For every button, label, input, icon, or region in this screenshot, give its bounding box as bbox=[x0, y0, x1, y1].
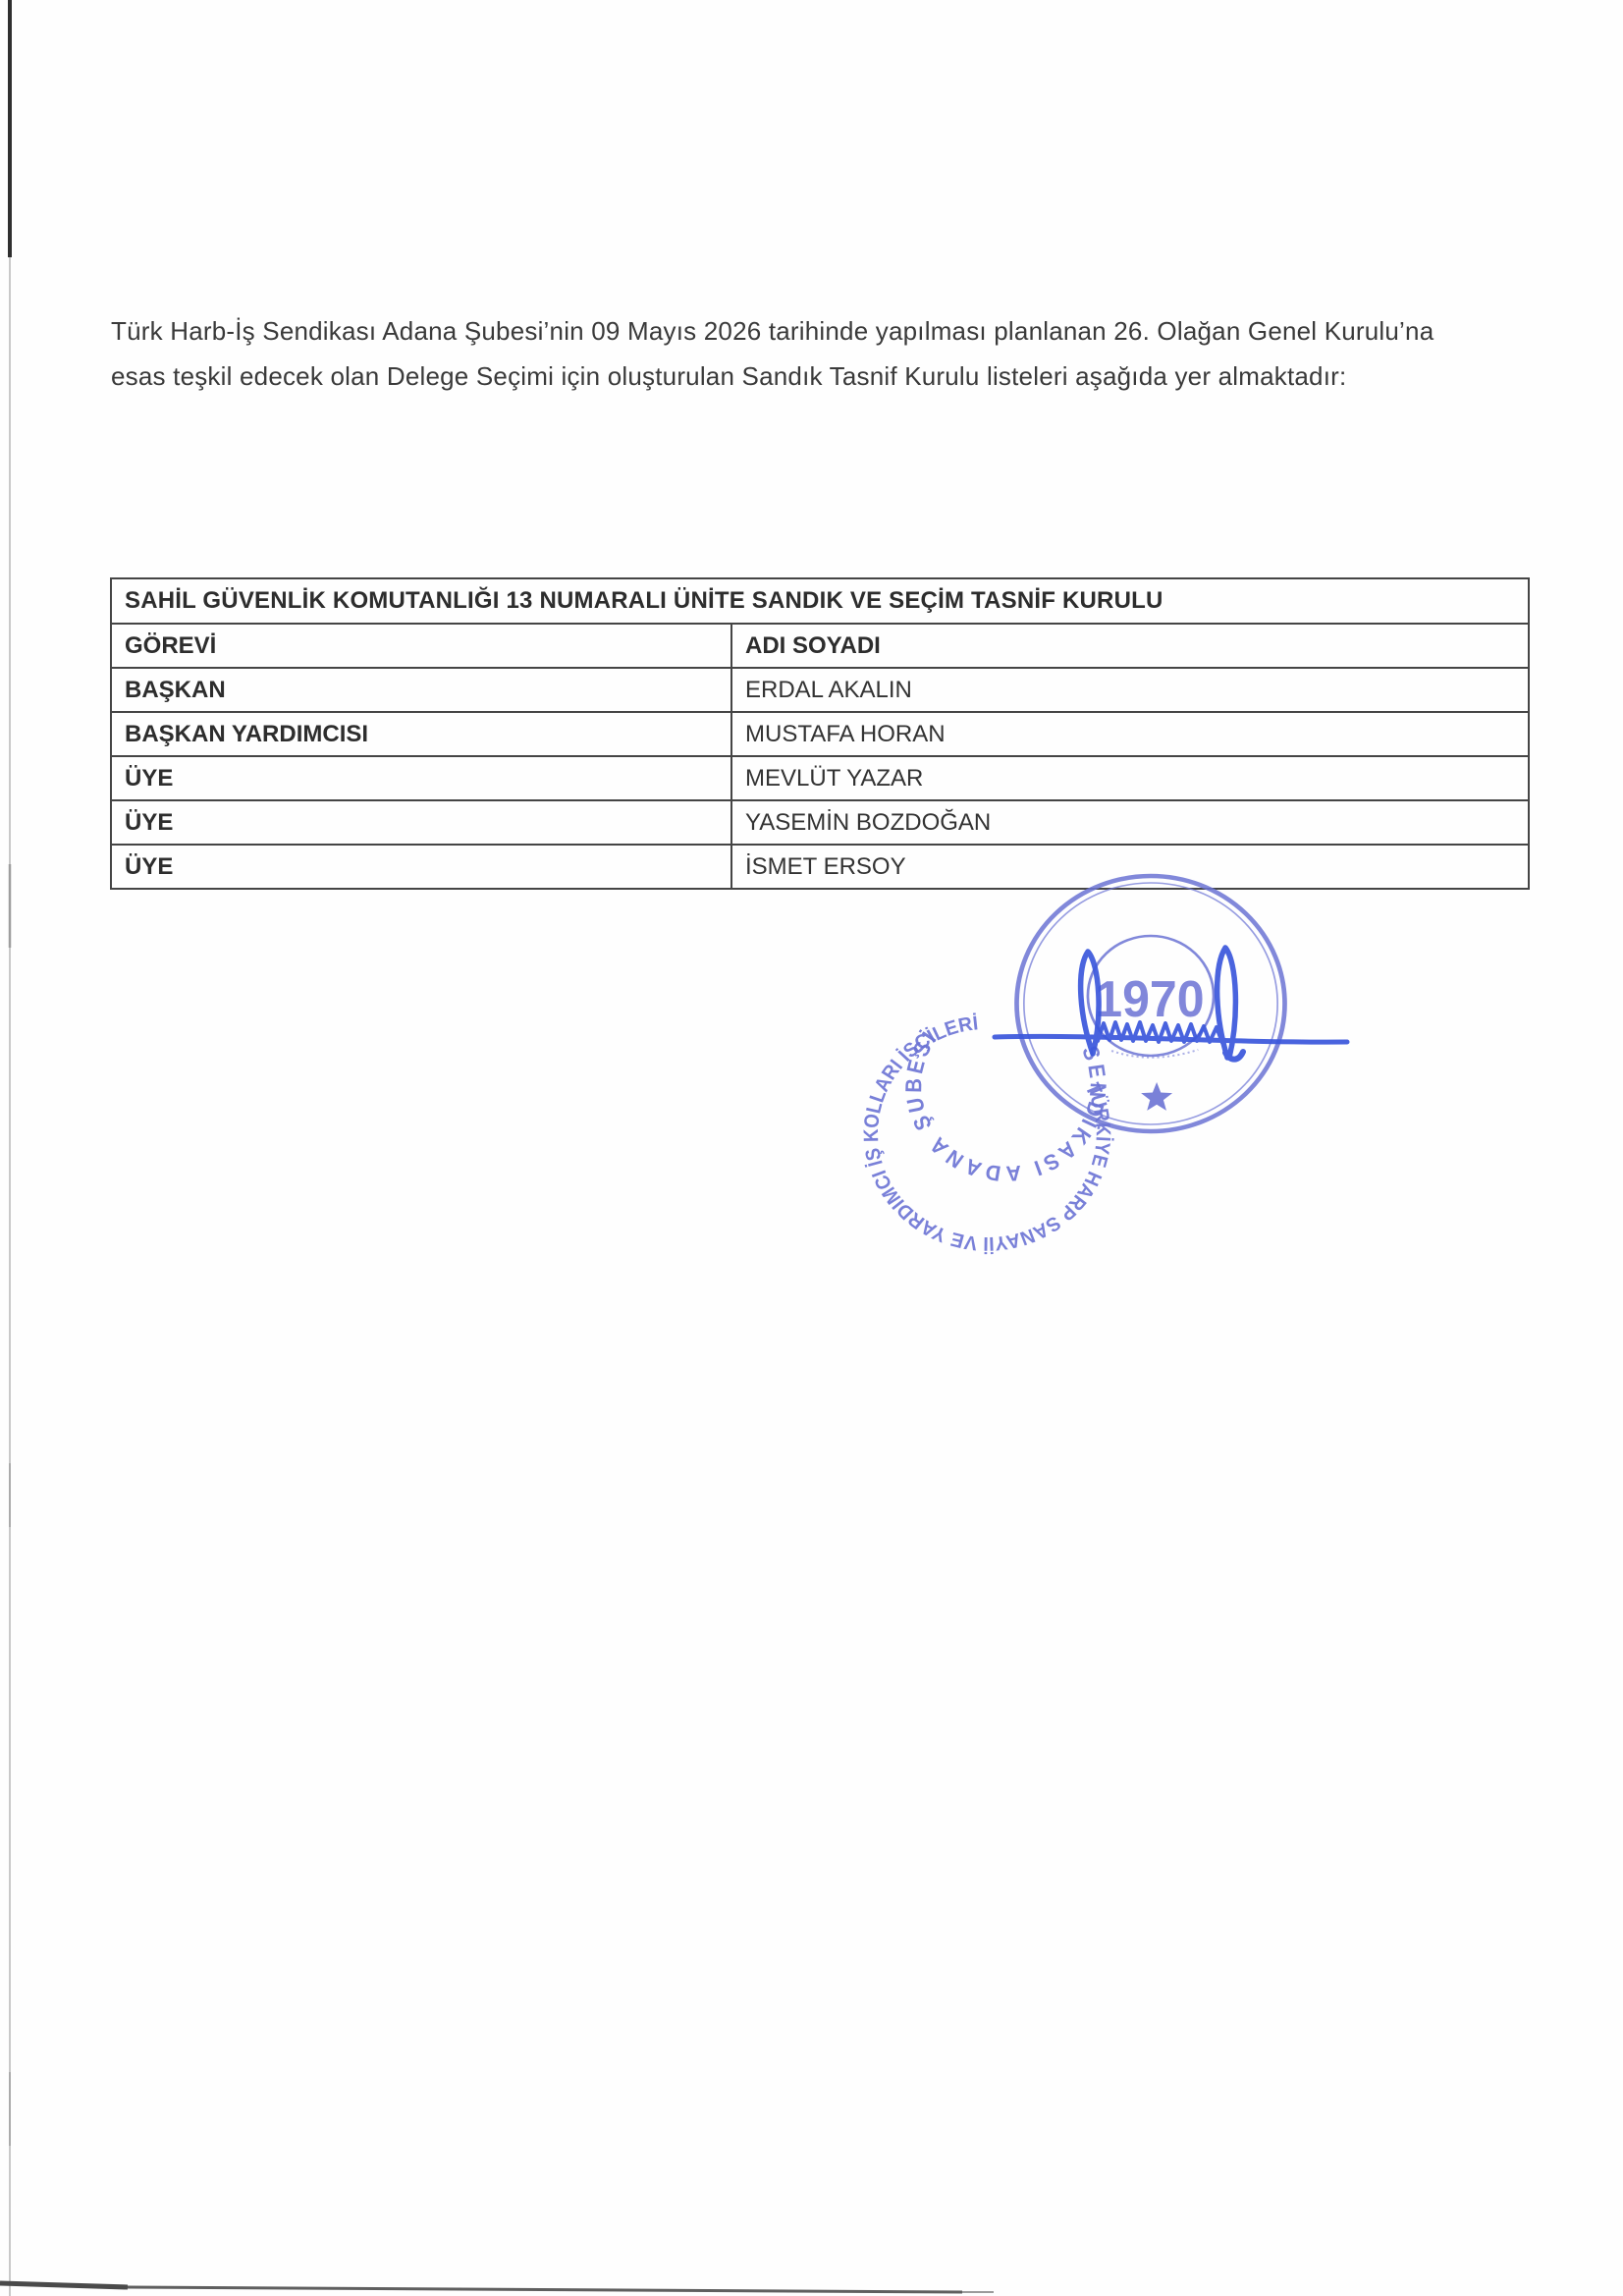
intro-line-1: Türk Harb-İş Sendikası Adana Şubesi’nin … bbox=[111, 308, 1544, 354]
table-row: BAŞKAN ERDAL AKALIN bbox=[111, 668, 1529, 712]
table-header-row: GÖREVİ ADI SOYADI bbox=[111, 624, 1529, 668]
role-cell: BAŞKAN YARDIMCISI bbox=[111, 712, 731, 756]
name-cell: MEVLÜT YAZAR bbox=[731, 756, 1529, 800]
column-header-role: GÖREVİ bbox=[111, 624, 731, 668]
signature-baseline-stroke bbox=[995, 1036, 1347, 1042]
table-row: BAŞKAN YARDIMCISI MUSTAFA HORAN bbox=[111, 712, 1529, 756]
signature bbox=[995, 948, 1347, 1060]
stamp-thin-ring bbox=[1024, 883, 1277, 1124]
signature-knot bbox=[1225, 1052, 1243, 1060]
stamp-micro-text-arc bbox=[1111, 1050, 1198, 1058]
role-cell: ÜYE bbox=[111, 756, 731, 800]
table-row: ÜYE İSMET ERSOY bbox=[111, 845, 1529, 889]
committee-table: SAHİL GÜVENLİK KOMUTANLIĞI 13 NUMARALI Ü… bbox=[110, 577, 1530, 890]
document-page: Türk Harb-İş Sendikası Adana Şubesi’nin … bbox=[0, 0, 1623, 2296]
stamp-outer-text: TÜRKİYE HARP SANAYİİ VE YARDIMCI İŞ KOLL… bbox=[860, 1012, 1115, 1255]
stamp-year: 1970 bbox=[1095, 971, 1204, 1028]
table-row: ÜYE MEVLÜT YAZAR bbox=[111, 756, 1529, 800]
column-header-name: ADI SOYADI bbox=[731, 624, 1529, 668]
name-cell: YASEMİN BOZDOĞAN bbox=[731, 800, 1529, 845]
stamp-outer-ring bbox=[1017, 876, 1285, 1131]
stamp-inner-text: SENDİKASI ADANA ŞUBESİ bbox=[901, 1025, 1111, 1186]
intro-line-2: esas teşkil edecek olan Delege Seçimi iç… bbox=[111, 354, 1544, 399]
name-cell: ERDAL AKALIN bbox=[731, 668, 1529, 712]
intro-paragraph: Türk Harb-İş Sendikası Adana Şubesi’nin … bbox=[111, 308, 1544, 399]
round-stamp: TÜRKİYE HARP SANAYİİ VE YARDIMCI İŞ KOLL… bbox=[860, 876, 1285, 1255]
table-title-row: SAHİL GÜVENLİK KOMUTANLIĞI 13 NUMARALI Ü… bbox=[111, 578, 1529, 624]
table-title: SAHİL GÜVENLİK KOMUTANLIĞI 13 NUMARALI Ü… bbox=[111, 578, 1529, 624]
signature-right-loop bbox=[1217, 948, 1236, 1058]
name-cell: İSMET ERSOY bbox=[731, 845, 1529, 889]
name-cell: MUSTAFA HORAN bbox=[731, 712, 1529, 756]
role-cell: BAŞKAN bbox=[111, 668, 731, 712]
stamp-inner-ring bbox=[1088, 936, 1214, 1056]
signature-left-loop bbox=[1081, 952, 1099, 1054]
role-cell: ÜYE bbox=[111, 800, 731, 845]
table-row: ÜYE YASEMİN BOZDOĞAN bbox=[111, 800, 1529, 845]
scan-bottom-line bbox=[0, 2283, 994, 2292]
stamp-star-icon bbox=[1141, 1082, 1172, 1111]
signature-scribble bbox=[1098, 1022, 1222, 1043]
role-cell: ÜYE bbox=[111, 845, 731, 889]
